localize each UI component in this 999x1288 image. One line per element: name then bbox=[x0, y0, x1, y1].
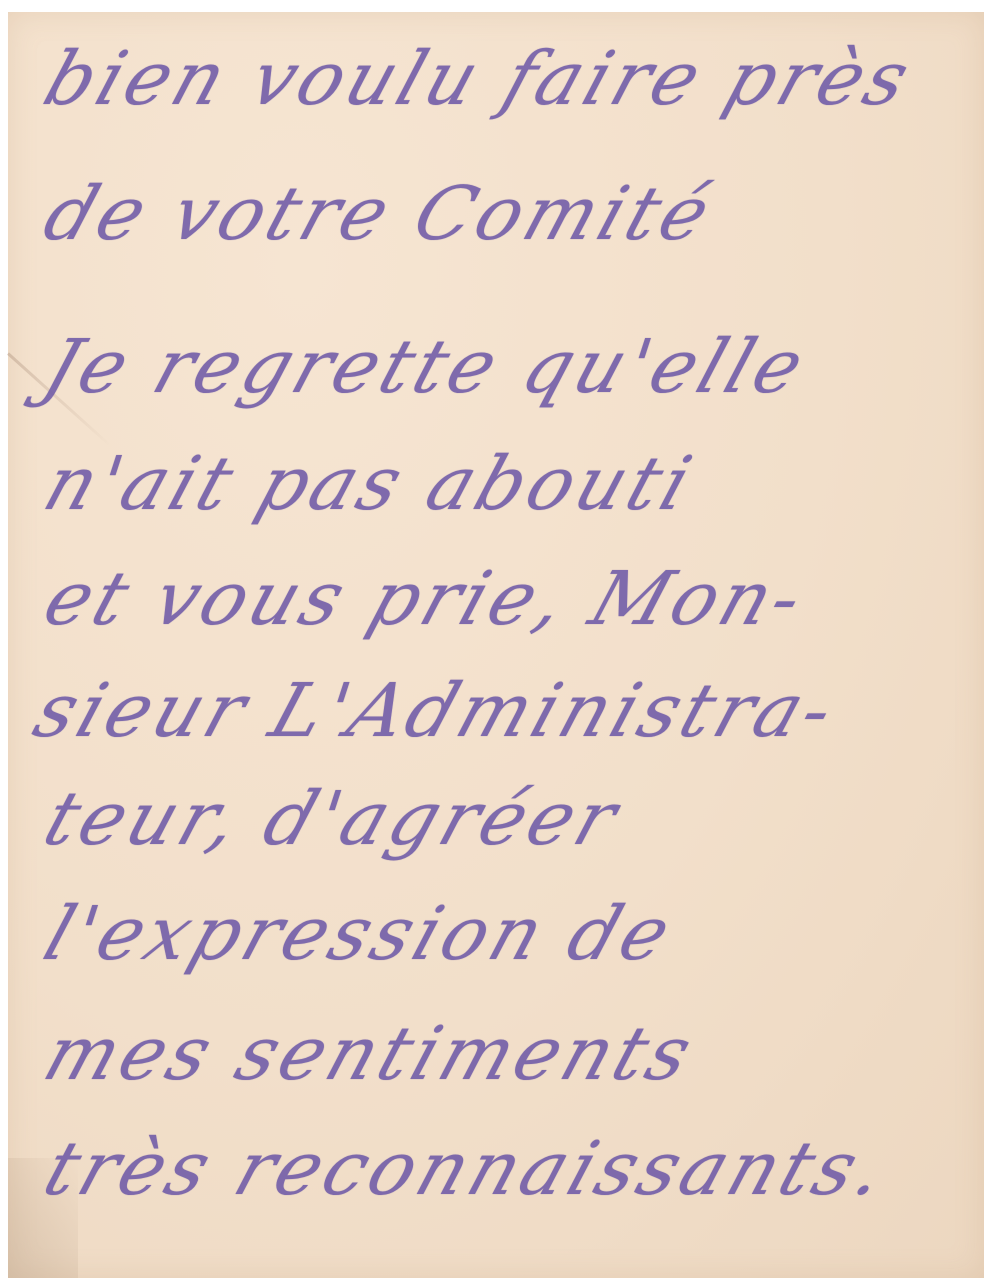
handwritten-line: très reconnaissants. bbox=[36, 1132, 898, 1206]
letter-page: bien voulu faire près de votre Comité Je… bbox=[8, 12, 984, 1278]
handwritten-line: et vous prie, Mon- bbox=[36, 562, 815, 636]
handwritten-line: teur, d'agréer bbox=[36, 782, 629, 856]
handwritten-line: n'ait pas abouti bbox=[36, 447, 703, 521]
handwritten-line: bien voulu faire près bbox=[36, 42, 921, 116]
handwritten-text: bien voulu faire près de votre Comité Je… bbox=[8, 12, 984, 1278]
handwritten-line: Je regrette qu'elle bbox=[36, 330, 816, 404]
handwritten-line: de votre Comité bbox=[36, 177, 722, 251]
handwritten-line: mes sentiments bbox=[36, 1017, 704, 1091]
handwritten-line: sieur L'Administra- bbox=[26, 674, 846, 748]
handwritten-line: l'expression de bbox=[36, 897, 683, 971]
